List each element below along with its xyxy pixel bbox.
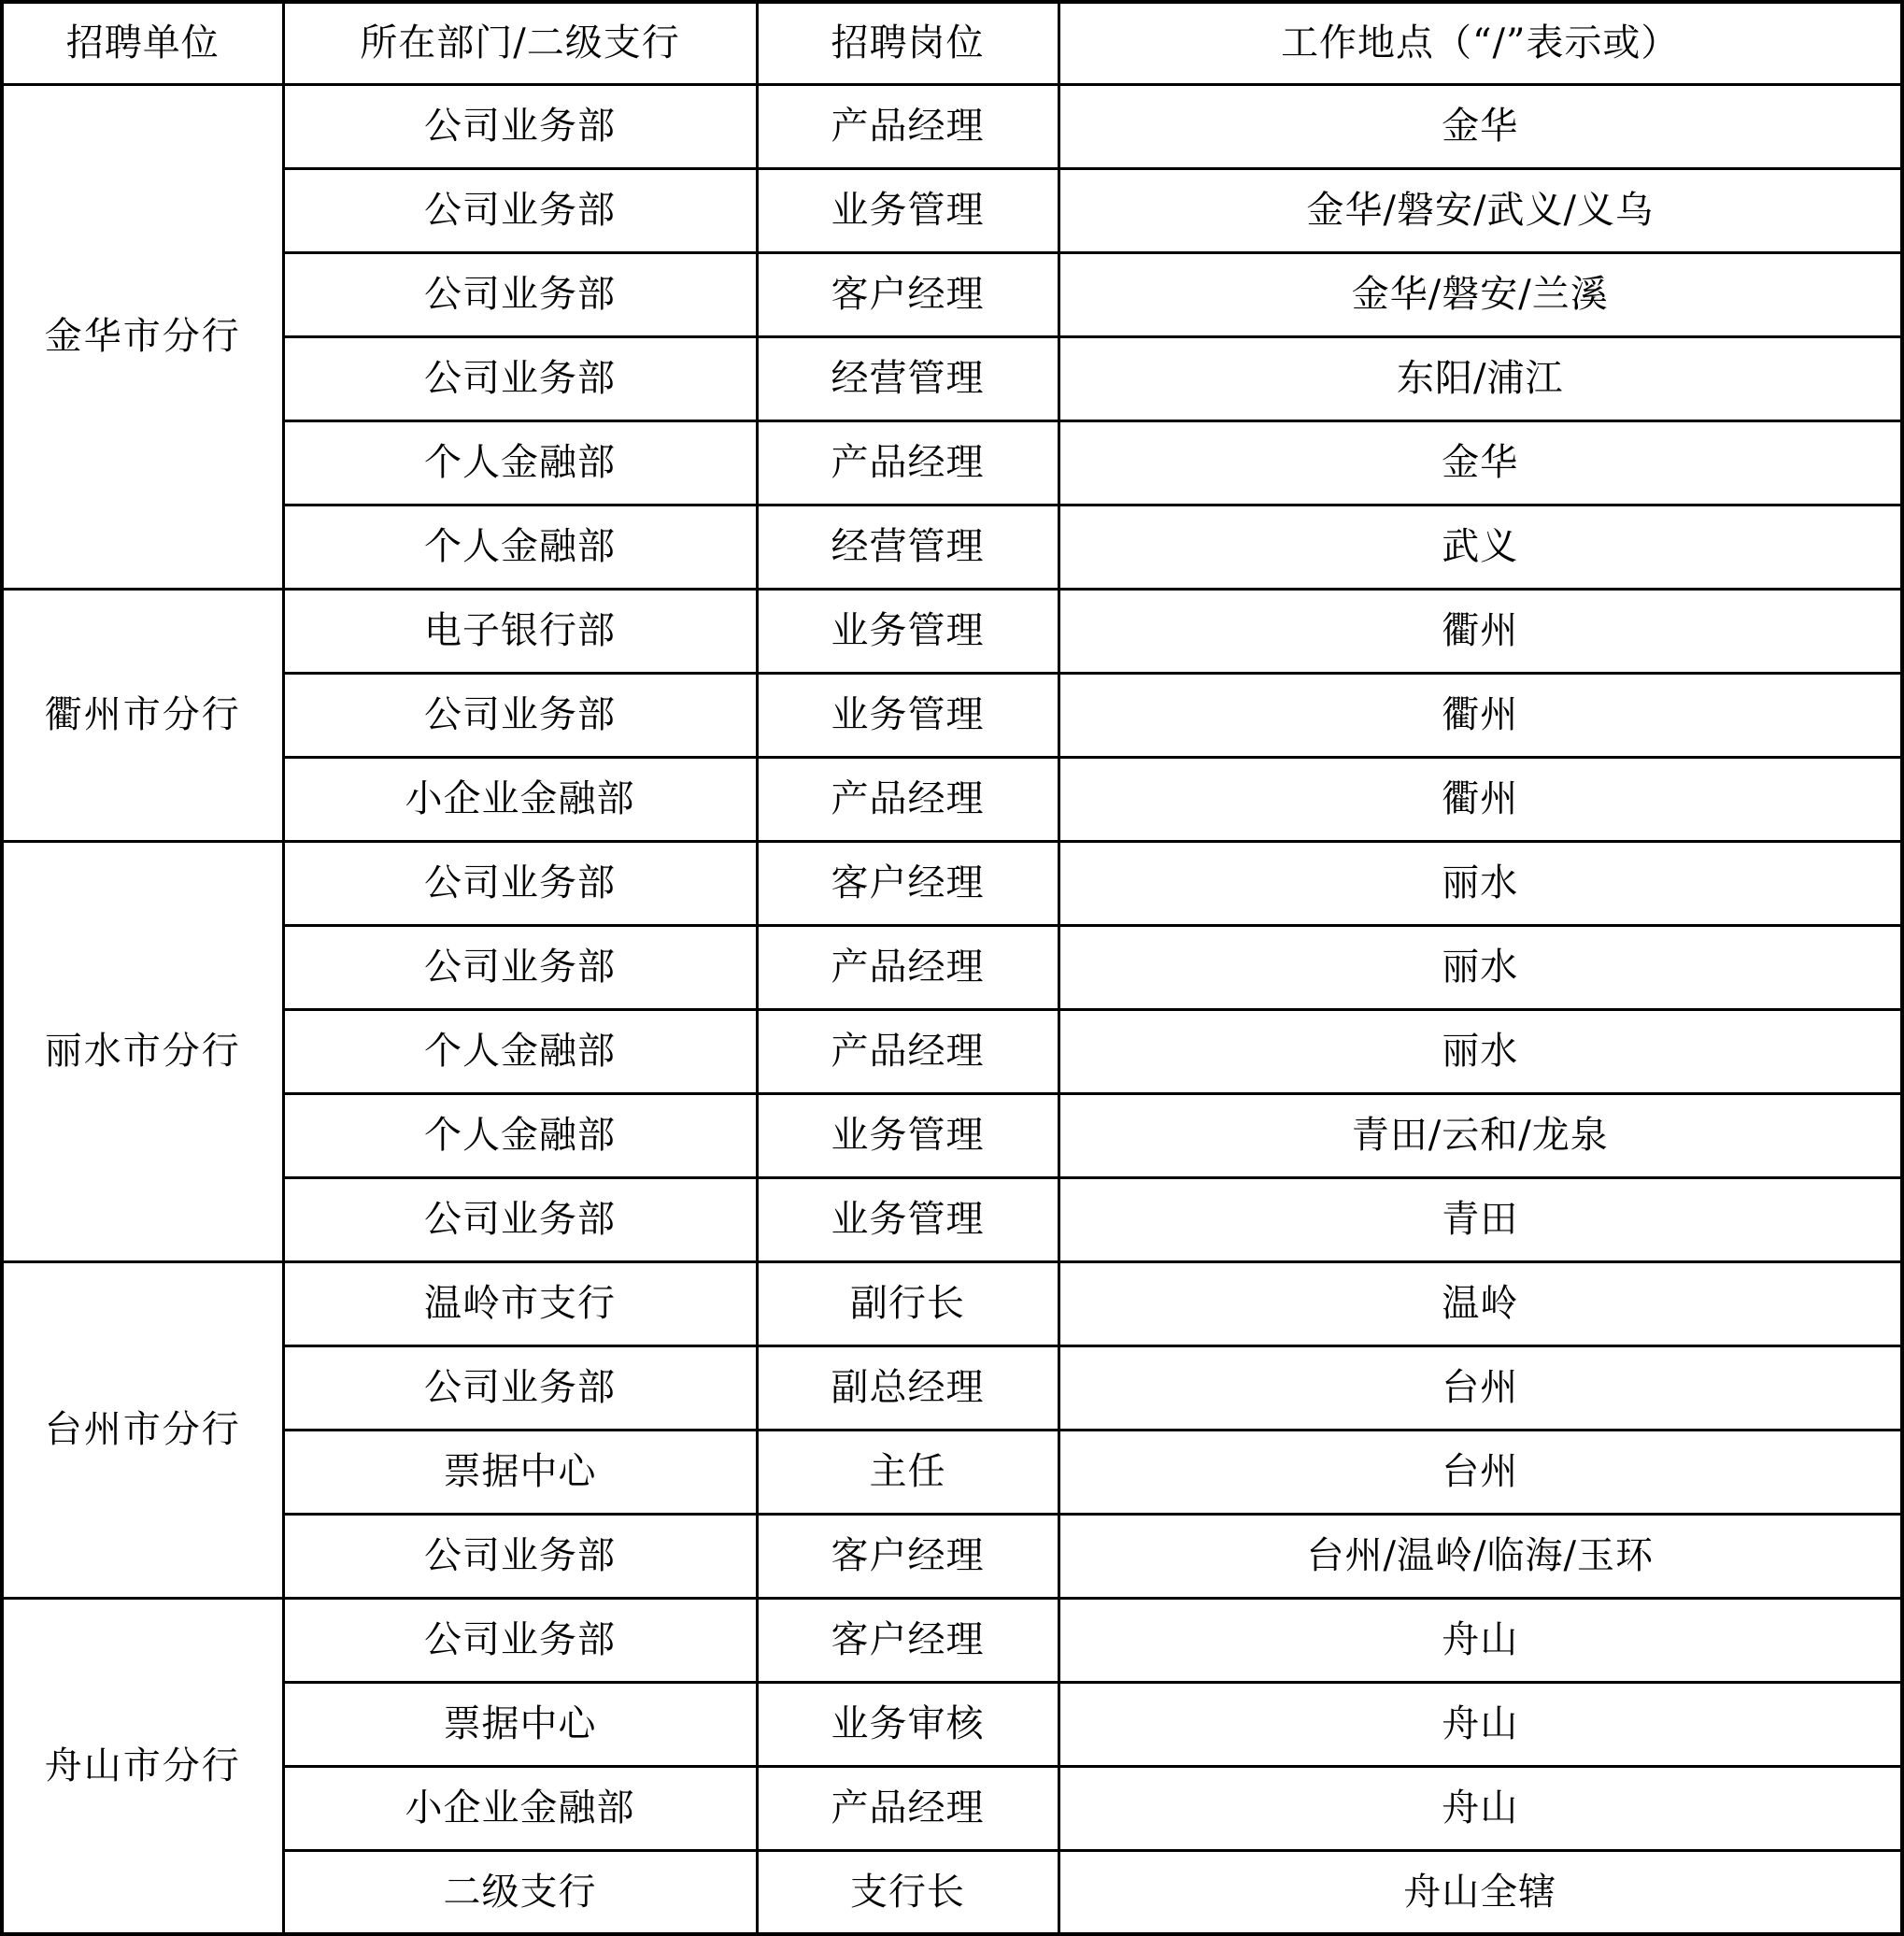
table-row: 票据中心 主任 台州 xyxy=(2,1430,1902,1514)
position-cell: 业务审核 xyxy=(757,1682,1059,1766)
location-cell: 衢州 xyxy=(1059,757,1902,841)
table-row: 个人金融部 产品经理 金华 xyxy=(2,420,1902,505)
table-row: 个人金融部 经营管理 武义 xyxy=(2,505,1902,589)
department-cell: 公司业务部 xyxy=(283,1345,757,1430)
header-department: 所在部门/二级支行 xyxy=(283,2,757,84)
location-cell: 青田 xyxy=(1059,1177,1902,1261)
department-cell: 公司业务部 xyxy=(283,1177,757,1261)
location-cell: 青田/云和/龙泉 xyxy=(1059,1093,1902,1177)
department-cell: 公司业务部 xyxy=(283,84,757,168)
location-cell: 衢州 xyxy=(1059,673,1902,757)
table-row: 公司业务部 客户经理 台州/温岭/临海/玉环 xyxy=(2,1514,1902,1598)
recruitment-table: 招聘单位 所在部门/二级支行 招聘岗位 工作地点（“/”表示或） 金华市分行 公… xyxy=(0,0,1904,1936)
table-row: 公司业务部 业务管理 衢州 xyxy=(2,673,1902,757)
location-cell: 丽水 xyxy=(1059,1009,1902,1093)
position-cell: 产品经理 xyxy=(757,420,1059,505)
department-cell: 公司业务部 xyxy=(283,841,757,925)
location-cell: 台州 xyxy=(1059,1430,1902,1514)
department-cell: 公司业务部 xyxy=(283,168,757,252)
table-row: 个人金融部 业务管理 青田/云和/龙泉 xyxy=(2,1093,1902,1177)
branch-cell: 衢州市分行 xyxy=(2,589,283,841)
department-cell: 个人金融部 xyxy=(283,1009,757,1093)
position-cell: 业务管理 xyxy=(757,673,1059,757)
department-cell: 小企业金融部 xyxy=(283,1766,757,1850)
table-row: 台州市分行 温岭市支行 副行长 温岭 xyxy=(2,1261,1902,1345)
location-cell: 温岭 xyxy=(1059,1261,1902,1345)
department-cell: 个人金融部 xyxy=(283,1093,757,1177)
position-cell: 副行长 xyxy=(757,1261,1059,1345)
table-row: 个人金融部 产品经理 丽水 xyxy=(2,1009,1902,1093)
header-position: 招聘岗位 xyxy=(757,2,1059,84)
position-cell: 业务管理 xyxy=(757,1093,1059,1177)
location-cell: 金华 xyxy=(1059,420,1902,505)
location-cell: 舟山 xyxy=(1059,1766,1902,1850)
table-row: 丽水市分行 公司业务部 客户经理 丽水 xyxy=(2,841,1902,925)
position-cell: 客户经理 xyxy=(757,841,1059,925)
department-cell: 公司业务部 xyxy=(283,252,757,336)
department-cell: 公司业务部 xyxy=(283,1598,757,1682)
location-cell: 台州/温岭/临海/玉环 xyxy=(1059,1514,1902,1598)
table-row: 公司业务部 业务管理 青田 xyxy=(2,1177,1902,1261)
table-row: 公司业务部 客户经理 金华/磐安/兰溪 xyxy=(2,252,1902,336)
position-cell: 产品经理 xyxy=(757,925,1059,1009)
position-cell: 客户经理 xyxy=(757,252,1059,336)
location-cell: 丽水 xyxy=(1059,925,1902,1009)
location-cell: 丽水 xyxy=(1059,841,1902,925)
position-cell: 主任 xyxy=(757,1430,1059,1514)
table-row: 小企业金融部 产品经理 衢州 xyxy=(2,757,1902,841)
table-row: 金华市分行 公司业务部 产品经理 金华 xyxy=(2,84,1902,168)
table-row: 舟山市分行 公司业务部 客户经理 舟山 xyxy=(2,1598,1902,1682)
table-row: 公司业务部 业务管理 金华/磐安/武义/义乌 xyxy=(2,168,1902,252)
location-cell: 武义 xyxy=(1059,505,1902,589)
location-cell: 金华/磐安/兰溪 xyxy=(1059,252,1902,336)
header-unit: 招聘单位 xyxy=(2,2,283,84)
position-cell: 副总经理 xyxy=(757,1345,1059,1430)
location-cell: 舟山 xyxy=(1059,1598,1902,1682)
table-row: 二级支行 支行长 舟山全辖 xyxy=(2,1850,1902,1934)
table-row: 公司业务部 副总经理 台州 xyxy=(2,1345,1902,1430)
table-row: 票据中心 业务审核 舟山 xyxy=(2,1682,1902,1766)
branch-cell: 丽水市分行 xyxy=(2,841,283,1261)
position-cell: 客户经理 xyxy=(757,1598,1059,1682)
position-cell: 产品经理 xyxy=(757,757,1059,841)
location-cell: 金华 xyxy=(1059,84,1902,168)
table-row: 衢州市分行 电子银行部 业务管理 衢州 xyxy=(2,589,1902,673)
department-cell: 二级支行 xyxy=(283,1850,757,1934)
position-cell: 经营管理 xyxy=(757,336,1059,420)
branch-cell: 台州市分行 xyxy=(2,1261,283,1598)
department-cell: 个人金融部 xyxy=(283,505,757,589)
department-cell: 公司业务部 xyxy=(283,336,757,420)
location-cell: 台州 xyxy=(1059,1345,1902,1430)
department-cell: 票据中心 xyxy=(283,1682,757,1766)
table-row: 公司业务部 经营管理 东阳/浦江 xyxy=(2,336,1902,420)
department-cell: 公司业务部 xyxy=(283,925,757,1009)
position-cell: 产品经理 xyxy=(757,1009,1059,1093)
position-cell: 业务管理 xyxy=(757,168,1059,252)
location-cell: 衢州 xyxy=(1059,589,1902,673)
position-cell: 产品经理 xyxy=(757,1766,1059,1850)
department-cell: 小企业金融部 xyxy=(283,757,757,841)
position-cell: 客户经理 xyxy=(757,1514,1059,1598)
location-cell: 金华/磐安/武义/义乌 xyxy=(1059,168,1902,252)
position-cell: 经营管理 xyxy=(757,505,1059,589)
department-cell: 公司业务部 xyxy=(283,673,757,757)
department-cell: 公司业务部 xyxy=(283,1514,757,1598)
location-cell: 舟山 xyxy=(1059,1682,1902,1766)
department-cell: 个人金融部 xyxy=(283,420,757,505)
branch-cell: 金华市分行 xyxy=(2,84,283,589)
header-location: 工作地点（“/”表示或） xyxy=(1059,2,1902,84)
table-row: 公司业务部 产品经理 丽水 xyxy=(2,925,1902,1009)
location-cell: 东阳/浦江 xyxy=(1059,336,1902,420)
department-cell: 电子银行部 xyxy=(283,589,757,673)
table-row: 小企业金融部 产品经理 舟山 xyxy=(2,1766,1902,1850)
position-cell: 业务管理 xyxy=(757,589,1059,673)
department-cell: 温岭市支行 xyxy=(283,1261,757,1345)
location-cell: 舟山全辖 xyxy=(1059,1850,1902,1934)
department-cell: 票据中心 xyxy=(283,1430,757,1514)
position-cell: 支行长 xyxy=(757,1850,1059,1934)
branch-cell: 舟山市分行 xyxy=(2,1598,283,1934)
header-row: 招聘单位 所在部门/二级支行 招聘岗位 工作地点（“/”表示或） xyxy=(2,2,1902,84)
position-cell: 产品经理 xyxy=(757,84,1059,168)
position-cell: 业务管理 xyxy=(757,1177,1059,1261)
